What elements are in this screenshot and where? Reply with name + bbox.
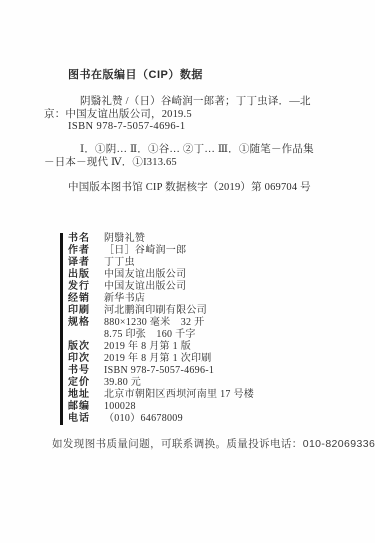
colophon-row-label: 邮编 [68,401,104,413]
copyright-page: 图书在版编目（CIP）数据 阴翳礼赞 /（日）谷崎润一郎著；丁丁虫译．—北 京：… [0,0,375,543]
colophon-row-label: 地址 [68,389,104,401]
colophon-row: 书号 ISBN 978-7-5057-4696-1 [68,365,254,377]
colophon-row: 出版 中国友谊出版公司 [68,269,254,281]
colophon-row-label [68,329,104,341]
colophon-row: 经销 新华书店 [68,293,254,305]
colophon-row-value: 河北鹏润印刷有限公司 [104,305,207,317]
colophon-row-label: 译者 [68,257,104,269]
colophon-row-value: 新华书店 [104,293,145,305]
colophon-row-label: 印次 [68,353,104,365]
cip-record-line-1: 阴翳礼赞 /（日）谷崎润一郎著；丁丁虫译．—北 [80,96,311,108]
colophon-row-value: 丁丁虫 [104,257,135,269]
colophon-row: 书名 阴翳礼赞 [68,233,254,245]
colophon-row-value: 2019 年 8 月第 1 次印刷 [104,353,212,365]
colophon-row: 印刷 河北鹏润印刷有限公司 [68,305,254,317]
colophon-row-value: ISBN 978-7-5057-4696-1 [104,365,214,377]
colophon-row-label: 印刷 [68,305,104,317]
colophon-row: 译者 丁丁虫 [68,257,254,269]
colophon-row: 定价 39.80 元 [68,377,254,389]
cip-record-isbn: ISBN 978-7-5057-4696-1 [68,121,186,133]
cip-classification-line-1: Ⅰ．①阴… Ⅱ．①谷… ②丁… Ⅲ．①随笔－作品集 [80,144,314,156]
cip-classification-line-2: －日本－现代 Ⅳ．①I313.65 [44,157,177,169]
colophon-row: 8.75 印张 160 千字 [68,329,254,341]
colophon-row-value: 8.75 印张 160 千字 [104,329,196,341]
colophon-row-value: 北京市朝阳区西坝河南里 17 号楼 [104,389,254,401]
colophon-row-value: 中国友谊出版公司 [104,269,186,281]
colophon-row-value: 2019 年 8 月第 1 版 [104,341,191,353]
colophon-row-label: 电话 [68,413,104,425]
cip-registry-number: 中国版本图书馆 CIP 数据核字（2019）第 069704 号 [68,182,311,194]
colophon-row: 地址 北京市朝阳区西坝河南里 17 号楼 [68,389,254,401]
colophon-row-label: 出版 [68,269,104,281]
colophon-row-label: 作者 [68,245,104,257]
colophon-row: 版次 2019 年 8 月第 1 版 [68,341,254,353]
colophon-table: 书名 阴翳礼赞 作者 ［日］谷崎润一郎 译者 丁丁虫 出版 中国友谊出版公司 发… [60,233,254,425]
colophon-row: 发行 中国友谊出版公司 [68,281,254,293]
colophon-row: 作者 ［日］谷崎润一郎 [68,245,254,257]
quality-note: 如发现图书质量问题，可联系调换。质量投诉电话：010-82069336 [52,438,375,451]
colophon-row: 电话 （010）64678009 [68,413,254,425]
colophon-row-label: 书名 [68,233,104,245]
colophon-row-value: 100028 [104,401,136,413]
colophon-row-label: 定价 [68,377,104,389]
colophon-row-value: ［日］谷崎润一郎 [104,245,186,257]
colophon-row-label: 规格 [68,317,104,329]
colophon-row-label: 发行 [68,281,104,293]
colophon-row-label: 版次 [68,341,104,353]
colophon-row-value: 阴翳礼赞 [104,233,145,245]
colophon-row: 规格 880×1230 毫米 32 开 [68,317,254,329]
colophon-row: 邮编 100028 [68,401,254,413]
colophon-row-value: 39.80 元 [104,377,141,389]
cip-heading: 图书在版编目（CIP）数据 [68,69,203,82]
colophon-row-label: 经销 [68,293,104,305]
colophon-row-label: 书号 [68,365,104,377]
colophon-row-value: 880×1230 毫米 32 开 [104,317,204,329]
colophon-row: 印次 2019 年 8 月第 1 次印刷 [68,353,254,365]
colophon-row-value: （010）64678009 [104,413,183,425]
cip-record-line-2: 京：中国友谊出版公司，2019.5 [44,109,192,121]
colophon-row-value: 中国友谊出版公司 [104,281,186,293]
